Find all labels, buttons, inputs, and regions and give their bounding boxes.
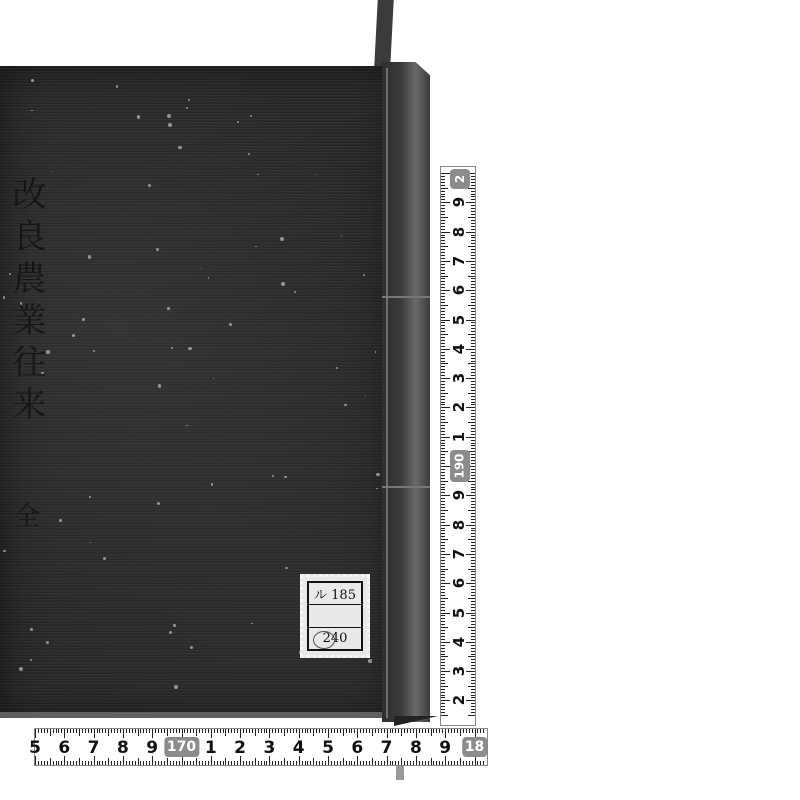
ruler-tick <box>53 729 54 733</box>
ruler-tick <box>471 648 475 649</box>
wear-speck <box>316 174 317 175</box>
ruler-tick <box>471 668 475 669</box>
ruler-tick <box>58 729 59 733</box>
ruler-tick <box>471 630 475 631</box>
ruler-tick <box>284 729 285 736</box>
ruler-tick <box>471 504 475 505</box>
ruler-tick <box>483 761 484 765</box>
ruler-tick <box>471 346 475 347</box>
ruler-tick <box>164 761 165 765</box>
ruler-tick <box>471 179 475 180</box>
ruler-tick <box>441 276 448 277</box>
ruler-tick <box>340 761 341 765</box>
ruler-tick <box>390 761 391 765</box>
ruler-tick <box>441 484 445 485</box>
ruler-tick <box>441 273 445 274</box>
ruler-tick <box>471 601 475 602</box>
ruler-tick <box>140 761 141 765</box>
ruler-tick <box>441 284 445 285</box>
ruler-tick <box>228 729 229 733</box>
ruler-number: 8 <box>410 738 422 758</box>
ruler-tick <box>346 761 347 765</box>
ruler-tick <box>471 560 475 561</box>
ruler-tick <box>441 642 450 643</box>
ruler-tick <box>472 729 473 733</box>
ruler-tick <box>441 463 445 464</box>
ruler-tick <box>155 761 156 765</box>
ruler-tick <box>161 729 162 733</box>
wear-speck <box>168 123 172 127</box>
ruler-tick <box>471 683 475 684</box>
ruler-tick <box>471 621 475 622</box>
ruler-tick <box>129 729 130 733</box>
ruler-tick <box>349 761 350 765</box>
ruler-tick <box>167 729 168 736</box>
ruler-tick <box>471 390 475 391</box>
ruler-tick <box>64 729 65 738</box>
ruler-tick <box>97 729 98 733</box>
ruler-tick <box>441 328 445 329</box>
wear-speck <box>229 323 232 326</box>
ruler-tick <box>471 402 475 403</box>
ruler-tick <box>441 510 448 511</box>
ruler-tick <box>441 481 448 482</box>
ruler-tick <box>170 729 171 733</box>
ruler-tick <box>255 729 256 736</box>
wear-speck <box>188 347 192 351</box>
wear-speck <box>116 85 119 88</box>
ruler-tick <box>214 761 215 765</box>
ruler-tick <box>471 355 475 356</box>
ruler-tick <box>278 761 279 765</box>
ruler-tick <box>441 349 450 350</box>
ruler-tick <box>441 571 445 572</box>
ruler-tick <box>398 761 399 765</box>
ruler-tick <box>266 761 267 765</box>
ruler-tick <box>441 583 450 584</box>
ruler-tick <box>441 384 445 385</box>
ruler-tick <box>199 761 200 765</box>
ruler-tick <box>132 761 133 765</box>
ruler-tick <box>302 729 303 733</box>
ruler-tick <box>471 278 475 279</box>
ruler-tick <box>441 334 448 335</box>
ruler-tick <box>471 557 475 558</box>
ruler-tick <box>135 729 136 733</box>
ruler-tick <box>471 220 475 221</box>
wear-speck <box>336 367 338 369</box>
ruler-tick <box>441 176 445 177</box>
ruler-tick <box>471 566 475 567</box>
ruler-tick <box>441 472 445 473</box>
ruler-number: 6 <box>450 575 468 591</box>
ruler-tick <box>182 756 183 765</box>
ruler-tick <box>471 659 475 660</box>
ruler-tick <box>471 469 475 470</box>
ruler-tick <box>471 639 475 640</box>
ruler-number: 2 <box>450 399 468 415</box>
ruler-tick <box>471 237 475 238</box>
ruler-tick <box>143 729 144 733</box>
ruler-tick <box>441 343 445 344</box>
ruler-tick <box>441 592 445 593</box>
ruler-tick <box>442 761 443 765</box>
ruler-tick <box>441 495 450 496</box>
ruler-tick <box>79 758 80 765</box>
ruler-tick <box>164 729 165 733</box>
ruler-tick <box>61 761 62 765</box>
ruler-tick <box>316 729 317 733</box>
ruler-tick <box>231 729 232 733</box>
ruler-tick <box>471 317 475 318</box>
ruler-tick <box>471 662 475 663</box>
ruler-tick <box>471 489 475 490</box>
ruler-tick <box>416 729 417 738</box>
ruler-tick <box>441 413 445 414</box>
ruler-tick <box>441 557 445 558</box>
ruler-tick <box>471 574 475 575</box>
ruler-tick <box>468 334 475 335</box>
ruler-tick <box>296 761 297 765</box>
ruler-tick <box>471 454 475 455</box>
ruler-tick <box>395 761 396 765</box>
ruler-tick <box>208 729 209 733</box>
ruler-tick <box>310 729 311 733</box>
ruler-tick <box>299 729 300 738</box>
ruler-tick <box>441 422 448 423</box>
ruler-tick <box>146 761 147 765</box>
ruler-tick <box>471 431 475 432</box>
label-blank-row <box>309 605 361 627</box>
ruler-tick <box>287 729 288 733</box>
ruler-tick <box>471 366 475 367</box>
book-shadow <box>394 716 438 726</box>
ruler-tick <box>471 199 475 200</box>
ruler-number: 18 <box>462 737 487 757</box>
ruler-tick <box>471 563 475 564</box>
ruler-tick <box>471 176 475 177</box>
ruler-tick <box>441 425 445 426</box>
ruler-tick <box>441 569 448 570</box>
ruler-tick <box>468 656 475 657</box>
ruler-tick <box>441 214 445 215</box>
ruler-tick <box>471 457 475 458</box>
ruler-tick <box>471 463 475 464</box>
ruler-tick <box>410 761 411 765</box>
ruler-tick <box>313 758 314 765</box>
ruler-tick <box>375 761 376 765</box>
wear-speck <box>375 351 377 353</box>
ruler-tick <box>471 695 475 696</box>
wear-speck <box>52 171 53 172</box>
ruler-tick <box>441 202 450 203</box>
wear-speck <box>82 318 85 321</box>
ruler-tick <box>471 709 475 710</box>
ruler-tick <box>471 425 475 426</box>
ruler-tick <box>243 761 244 765</box>
ruler-tick <box>132 729 133 733</box>
ruler-tick <box>441 689 445 690</box>
ruler-tick <box>471 331 475 332</box>
ruler-tick <box>471 255 475 256</box>
ruler-tick <box>468 422 475 423</box>
ruler-tick <box>471 208 475 209</box>
ruler-tick <box>67 729 68 733</box>
ruler-tick <box>38 729 39 733</box>
ruler-tick <box>471 610 475 611</box>
wear-speck <box>3 550 5 552</box>
ruler-tick <box>428 729 429 733</box>
ruler-tick <box>275 761 276 765</box>
ruler-tick <box>441 533 445 534</box>
ruler-tick <box>480 761 481 765</box>
ruler-tick <box>471 311 475 312</box>
ruler-tick <box>441 419 445 420</box>
ruler-tick <box>413 761 414 765</box>
ruler-tick <box>441 331 445 332</box>
ruler-tick <box>441 639 445 640</box>
ruler-number: 170 <box>164 737 199 757</box>
ruler-tick <box>378 761 379 765</box>
ruler-tick <box>445 729 446 738</box>
wear-speck <box>363 274 365 276</box>
ruler-tick <box>310 761 311 765</box>
ruler-tick <box>441 554 450 555</box>
ruler-tick <box>441 487 445 488</box>
ruler-tick <box>471 182 475 183</box>
ruler-tick <box>225 729 226 736</box>
ruler-tick <box>441 305 448 306</box>
wear-speck <box>211 483 213 485</box>
ruler-tick <box>441 656 448 657</box>
ruler-tick <box>441 188 448 189</box>
ruler-tick <box>441 443 445 444</box>
ruler-tick <box>88 761 89 765</box>
ruler-tick <box>471 472 475 473</box>
ruler-tick <box>441 709 445 710</box>
ruler-number: 3 <box>450 370 468 386</box>
ruler-number: 7 <box>381 738 393 758</box>
ruler-tick <box>469 761 470 765</box>
wear-speck <box>257 174 259 176</box>
ruler-tick <box>441 645 445 646</box>
ruler-tick <box>35 729 36 738</box>
ruler-number: 8 <box>450 224 468 240</box>
ruler-tick <box>372 758 373 765</box>
ruler-tick <box>343 729 344 736</box>
ruler-tick <box>441 460 445 461</box>
ruler-tick <box>126 729 127 733</box>
wear-speck <box>213 378 215 380</box>
ruler-number: 4 <box>293 738 305 758</box>
wear-speck <box>237 121 239 123</box>
ruler-number: 3 <box>263 738 275 758</box>
ruler-tick <box>468 627 475 628</box>
ruler-tick <box>129 761 130 765</box>
ruler-tick <box>441 240 445 241</box>
ruler-tick <box>471 399 475 400</box>
ruler-tick <box>108 729 109 736</box>
ruler-tick <box>471 440 475 441</box>
ruler-tick <box>99 729 100 733</box>
ruler-tick <box>111 729 112 733</box>
ruler-tick <box>284 758 285 765</box>
ruler-tick <box>480 729 481 733</box>
ruler-tick <box>441 337 445 338</box>
ruler-tick <box>404 729 405 733</box>
ruler-tick <box>468 715 475 716</box>
ruler-number: 9 <box>439 738 451 758</box>
ruler-tick <box>179 729 180 733</box>
ruler-number: 2 <box>450 692 468 708</box>
wear-speck <box>167 307 170 310</box>
ruler-tick <box>471 223 475 224</box>
ruler-tick <box>441 671 450 672</box>
ruler-tick <box>471 533 475 534</box>
ruler-tick <box>471 615 475 616</box>
ruler-tick <box>441 404 445 405</box>
ruler-tick <box>441 677 445 678</box>
ruler-tick <box>441 566 445 567</box>
ruler-tick <box>313 729 314 736</box>
ruler-tick <box>441 478 445 479</box>
ruler-tick <box>41 761 42 765</box>
ruler-tick <box>441 636 445 637</box>
ruler-tick <box>196 729 197 736</box>
ruler-tick <box>441 580 445 581</box>
ruler-tick <box>471 226 475 227</box>
ruler-tick <box>471 322 475 323</box>
ruler-tick <box>441 296 445 297</box>
ruler-tick <box>214 729 215 733</box>
ruler-tick <box>471 434 475 435</box>
ruler-tick <box>441 501 445 502</box>
ruler-tick <box>441 516 445 517</box>
ruler-tick <box>390 729 391 733</box>
wear-speck <box>137 115 141 119</box>
ruler-tick <box>351 729 352 733</box>
ruler-tick <box>441 366 445 367</box>
ruler-tick <box>471 196 475 197</box>
ruler-tick <box>237 761 238 765</box>
ruler-tick <box>439 729 440 733</box>
ruler-tick <box>471 413 475 414</box>
ruler-tick <box>441 299 445 300</box>
ruler-tick <box>441 232 450 233</box>
ruler-tick <box>441 560 445 561</box>
ruler-tick <box>199 729 200 733</box>
ruler-tick <box>431 729 432 736</box>
ruler-tick <box>471 387 475 388</box>
ruler-tick <box>471 507 475 508</box>
ruler-tick <box>441 457 445 458</box>
ruler-tick <box>44 729 45 733</box>
ruler-tick <box>471 191 475 192</box>
ruler-tick <box>441 378 450 379</box>
ruler-tick <box>337 729 338 733</box>
ruler-tick <box>231 761 232 765</box>
ruler-tick <box>307 761 308 765</box>
wear-speck <box>376 473 379 476</box>
ruler-tick <box>471 396 475 397</box>
ruler-tick <box>471 595 475 596</box>
ruler-tick <box>441 264 445 265</box>
ruler-tick <box>454 761 455 765</box>
ruler-tick <box>73 761 74 765</box>
ruler-tick <box>441 492 445 493</box>
ruler-tick <box>56 729 57 733</box>
seal-stamp <box>313 631 335 649</box>
ruler-tick <box>369 729 370 733</box>
ruler-tick <box>441 563 445 564</box>
ruler-tick <box>471 337 475 338</box>
ruler-tick <box>363 729 364 733</box>
ruler-tick <box>149 729 150 733</box>
ruler-tick <box>433 761 434 765</box>
ruler-tick <box>441 290 450 291</box>
ruler-tick <box>471 545 475 546</box>
ruler-tick <box>120 729 121 733</box>
ruler-tick <box>471 692 475 693</box>
ruler-tick <box>85 761 86 765</box>
ruler-tick <box>234 729 235 733</box>
ruler-tick <box>441 287 445 288</box>
ruler-tick <box>269 729 270 738</box>
ruler-tick <box>460 729 461 736</box>
ruler-tick <box>471 498 475 499</box>
ruler-tick <box>441 648 445 649</box>
ruler-number: 9 <box>450 194 468 210</box>
ruler-tick <box>441 252 445 253</box>
ruler-tick <box>76 729 77 733</box>
ruler-tick <box>441 451 448 452</box>
ruler-tick <box>471 308 475 309</box>
ruler-tick <box>471 235 475 236</box>
ruler-tick <box>441 712 445 713</box>
ruler-number: 5 <box>450 605 468 621</box>
ruler-tick <box>471 214 475 215</box>
ruler-tick <box>79 729 80 736</box>
ruler-tick <box>441 577 445 578</box>
ruler-tick <box>441 697 445 698</box>
ruler-tick <box>441 293 445 294</box>
ruler-tick <box>441 539 448 540</box>
ruler-tick <box>441 528 445 529</box>
ruler-tick <box>354 761 355 765</box>
ruler-tick <box>471 296 475 297</box>
ruler-tick <box>471 205 475 206</box>
ruler-number: 2 <box>234 738 246 758</box>
ruler-tick <box>360 761 361 765</box>
ruler-tick <box>441 185 445 186</box>
ruler-tick <box>325 761 326 765</box>
ruler-tick <box>471 697 475 698</box>
ruler-tick <box>261 729 262 733</box>
ruler-tick <box>441 683 445 684</box>
ruler-tick <box>471 419 475 420</box>
spine-thread <box>382 296 430 298</box>
ruler-tick <box>441 530 445 531</box>
ruler-tick <box>441 320 450 321</box>
ruler-tick <box>441 607 445 608</box>
ruler-tick <box>220 729 221 733</box>
ruler-tick <box>387 729 388 738</box>
ruler-tick <box>384 729 385 733</box>
ruler-tick <box>441 270 445 271</box>
ruler-tick <box>114 761 115 765</box>
ruler-tick <box>428 761 429 765</box>
ruler-tick <box>246 729 247 733</box>
